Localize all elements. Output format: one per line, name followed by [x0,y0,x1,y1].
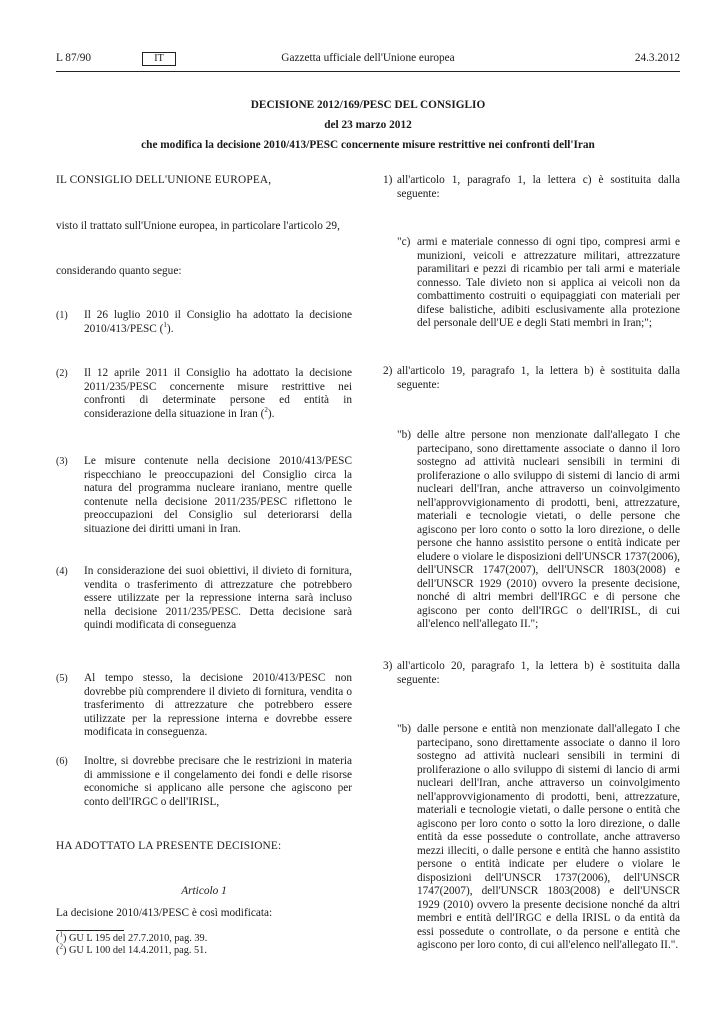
amendment-3: 3) all'articolo 20, paragrafo 1, la lett… [383,660,680,687]
amendment-1-quote: "c) armi e materiale connesso di ogni ti… [383,236,680,331]
adopted-clause: HA ADOTTATO LA PRESENTE DECISIONE: [56,840,352,854]
page-header: L 87/90 Gazzetta ufficiale dell'Unione e… [56,52,680,68]
footnote-1: (1) GU L 195 del 27.7.2010, pag. 39. [56,933,352,945]
footnote-2: (2) GU L 100 del 14.4.2011, pag. 51. [56,945,352,957]
footnote-divider [56,930,124,931]
recital-1: (1) Il 26 luglio 2010 il Consiglio ha ad… [56,309,352,336]
decision-title: DECISIONE 2012/169/PESC DEL CONSIGLIO [56,95,680,115]
language-badge: IT [142,52,176,66]
amendment-2: 2) all'articolo 19, paragrafo 1, la lett… [383,365,680,392]
footnotes: (1) GU L 195 del 27.7.2010, pag. 39. (2)… [56,933,352,957]
article-intro: La decisione 2010/413/PESC è così modifi… [56,907,352,921]
visto-clause: visto il trattato sull'Unione europea, i… [56,220,352,234]
amendment-2-quote: "b) delle altre persone non menzionate d… [383,429,680,632]
publication-date: 24.3.2012 [635,52,680,66]
document-title: DECISIONE 2012/169/PESC DEL CONSIGLIO de… [56,95,680,155]
article-heading: Articolo 1 [56,885,352,899]
council-heading: IL CONSIGLIO DELL'UNIONE EUROPEA, [56,174,352,188]
considerando-clause: considerando quanto segue: [56,265,352,279]
amendment-3-quote: "b) dalle persone e entità non menzionat… [383,723,680,953]
recital-3: (3) Le misure contenute nella decisione … [56,455,352,536]
recital-4: (4) In considerazione dei suoi obiettivi… [56,565,352,633]
amendment-1: 1) all'articolo 1, paragrafo 1, la lette… [383,174,680,201]
header-divider [56,71,680,72]
decision-subject: che modifica la decisione 2010/413/PESC … [56,135,680,155]
decision-date: del 23 marzo 2012 [56,115,680,135]
recital-5: (5) Al tempo stesso, la decisione 2010/4… [56,672,352,740]
recital-2: (2) Il 12 aprile 2011 il Consiglio ha ad… [56,367,352,421]
recital-6: (6) Inoltre, si dovrebbe precisare che l… [56,755,352,809]
